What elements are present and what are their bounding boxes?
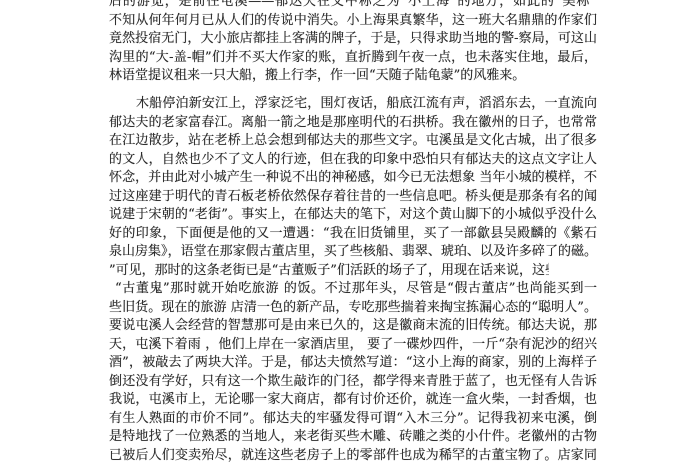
- text-line: 酒”，被敲去了两块大洋。于是，郁达夫愤然写道：“这小上海的商家，别的上海样子: [109, 354, 597, 373]
- text-line: 林语堂提议租来一只大船，搬上行李，作一回“天随子陆龟蒙”的风雅来。: [109, 67, 597, 86]
- paragraph-2: 木船停泊新安江上，浮家泛宅，围灯夜话，船底江流有声，滔滔东去，一直流向 郁达夫的…: [109, 95, 597, 465]
- text-line: 我说，屯溪市上，无论哪一家大商店，都有讨价还价，就连一盒火柴，一封香烟，也: [109, 391, 597, 410]
- text-line: 说建于宋朝的“老街”。事实上，在郁达夫的笔下，对这个黄山脚下的小城似乎没什么: [109, 206, 597, 225]
- document-page: 后的游览，是前往屯溪——郁达夫在文中称之为“小上海”的地方，如此的“美称” 不知…: [0, 0, 700, 470]
- text-line: 沟里的“大-盖-帽”们并不买大作家的账，直折腾到午夜一点，也未落实住地，最后，: [109, 49, 597, 68]
- text-line: 要说屯溪人会经营的智慧那可是由来已久的，这是徽商末流的旧传统。郁达夫说，那: [109, 317, 597, 336]
- text-line: 些旧货。现在的旅游 店清一色的新产品，专吃那些揣着来掏宝拣漏心态的“聪明人”。: [109, 299, 597, 318]
- text-line: 好的印象，下面便是他的又一遭遇：“我在旧货铺里，买了一部歙县吴殿麟的《紫石: [109, 225, 597, 244]
- text-line: 有生人熟面的市价不同”。郁达夫的牢骚发得可谓“入木三分”。记得我初来屯溪，倒: [109, 410, 597, 429]
- paragraph-1: 后的游览，是前往屯溪——郁达夫在文中称之为“小上海”的地方，如此的“美称” 不知…: [109, 0, 597, 86]
- text-line: 过这座建于明代的青石板老桥依然保存着往昔的一些信息吧。桥头便是那条有名的闻: [109, 188, 597, 207]
- text-line: 郁达夫的老家富春江。离船一箭之地是那座明代的石拱桥。我在徽州的日子，也常常: [109, 114, 597, 133]
- text-line: 的文人，自然也少不了文人的行迹，但在我的印象中恐怕只有郁达夫的这点文字让人: [109, 151, 597, 170]
- text-line: 已被后人们变卖殆尽，就连这些老房子上的零部件也成为稀罕的古董宝物了。店家同: [109, 447, 597, 466]
- text-line: “古董鬼”那时就开始吃旅游 的饭。不过那年头，尽管是“假古董店”也尚能买到一: [109, 280, 597, 299]
- text-line: 木船停泊新安江上，浮家泛宅，围灯夜话，船底江流有声，滔滔东去，一直流向: [109, 95, 597, 114]
- text-line: ”可见，那时的这条老街已是“古董贩子”们活跃的场子了，用现在话来说，这些: [109, 262, 549, 281]
- text-line: 泉山房集》，语堂在那家假古董店里，买了些核船、翡翠、琥珀、以及许多碎了的磁。: [109, 243, 597, 262]
- text-line: 倒还没有学好，只有这一个欺生敲诈的门径，都学得来青胜于蓝了，也无怪有人告诉: [109, 373, 597, 392]
- text-line: 怀念，并由此对小城产生一种说不出的神秘感，如今已无法想象 当年小城的模样，不: [109, 169, 597, 188]
- text-line: 天，屯溪下着雨 ，他们上岸在一家酒店里， 要了一碟炒四件，一斤“杂有泥沙的绍兴: [109, 336, 597, 355]
- text-line: 在江边散步，站在老桥上总会想到郁达夫的那些文字。屯溪虽是文化古城，出了很多: [109, 132, 597, 151]
- text-line: 是特地找了一位熟悉的当地人，来老街买些木雕、砖雕之类的小什件。老徽州的古物: [109, 428, 597, 447]
- text-line: 竟然投宿无门，大小旅店都挂上客满的牌子，于是，只得求助当地的警-察局，可这山: [109, 30, 597, 49]
- text-line: 不知从何年何月已从人们的传说中消失。小上海果真繁华，这一班大名鼎鼎的作家们: [109, 12, 597, 31]
- text-line: 后的游览，是前往屯溪——郁达夫在文中称之为“小上海”的地方，如此的“美称”: [109, 0, 597, 12]
